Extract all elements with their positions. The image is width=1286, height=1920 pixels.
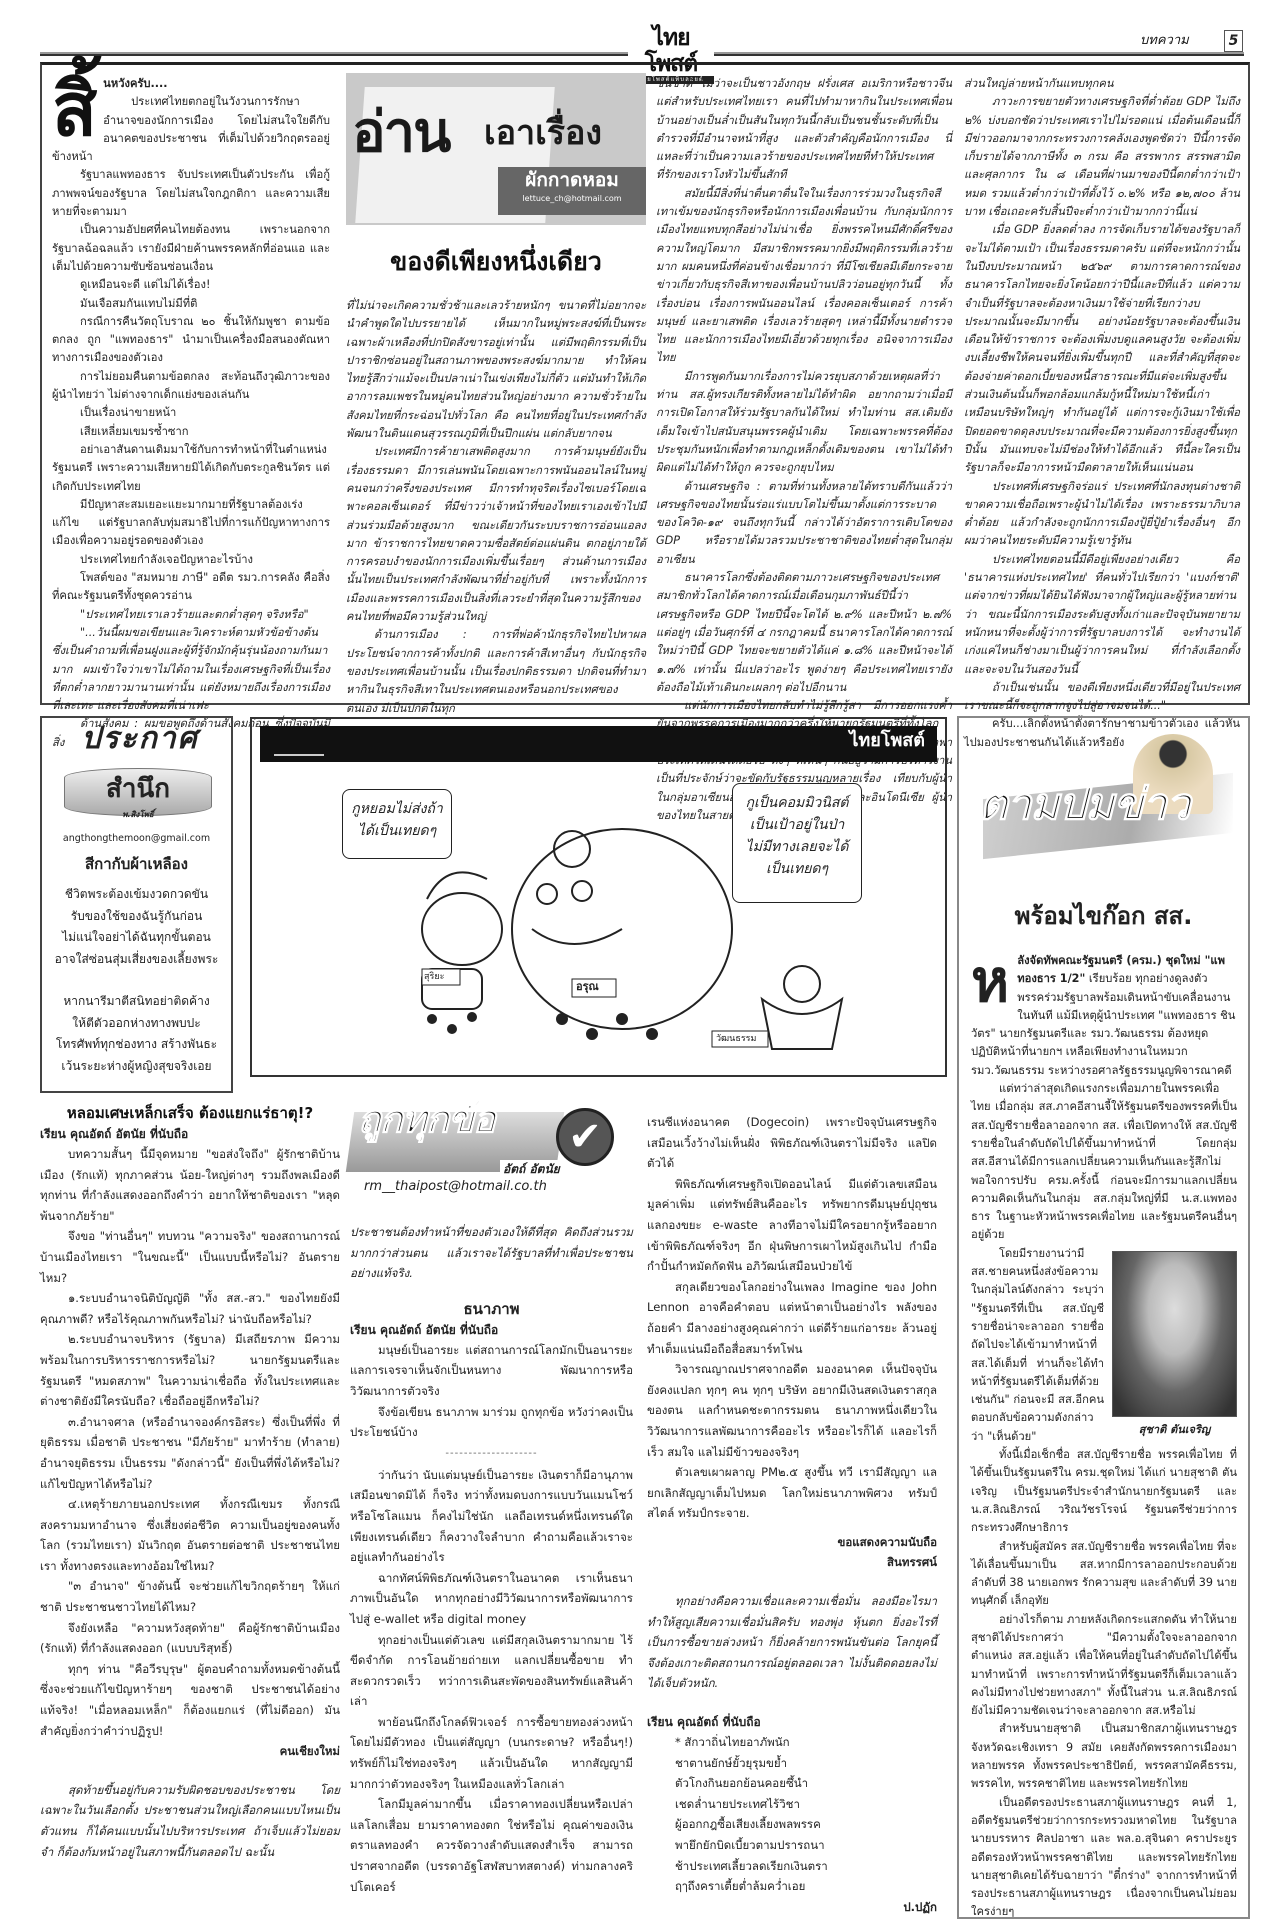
paragraph: เป็นอดีตรองประธานสภาผู้แทนราษฎร คนที่ 1,… — [971, 1794, 1237, 1920]
paragraph: ด้านเศรษฐกิจ : ตามที่ท่านทั้งหลายได้ทราบ… — [656, 478, 952, 569]
article-column-4: ส่วนใหญ่ล่ายหน้ากันแทบทุกคน ภาวะการขยายต… — [964, 75, 1240, 752]
editor-reply-continued: ประชาชนต้องทำหน้าที่ของตัวเองให้ดีที่สุด… — [350, 1222, 633, 1284]
paragraph: ๑.ระบบอำนาจนิติบัญญัติ "ทั้ง สส.-สว." ขอ… — [40, 1288, 340, 1329]
page-header: ไทยโพสต์ ไทยโพสต์แท็บลอยด์ บทความ 5 — [0, 0, 1286, 56]
article-column-2: อ่าน เอาเรื่อง ผักกาดหอม lettuce_ch@hotm… — [346, 73, 646, 718]
paragraph: ประเทศมีการค้ายาเสพติดสูงมาก การค้ามนุษย… — [346, 443, 646, 626]
logo-script: ประกาศ — [60, 730, 220, 748]
header-rule-right — [714, 52, 1244, 56]
paragraph: ๒.ระบบอำนาจบริหาร (รัฐบาล) มีเสถียรภาพ ม… — [40, 1329, 340, 1411]
banner-title-big: อ่าน — [352, 103, 449, 163]
cartoon-brand: ไทยโพสต์ — [849, 732, 925, 750]
paragraph: ดูเหมือนจะดี แต่ไม่ได้เรื่อง! — [52, 276, 330, 294]
poem-column-logo: ประกาศ สำนึก พ.สิงโพธิ์ — [50, 730, 226, 830]
poem-line: พายึกยักบิดเบี้ยวตามปรารถนา — [675, 1835, 937, 1856]
editorial-cartoon: ไทยโพสต์ กูห — [250, 717, 947, 1077]
label-culture: วัฒนธรรม — [716, 1032, 756, 1046]
paragraph: เป็นเรื่องน่าขายหน้า — [52, 404, 330, 422]
letter-signature: สินทรรศน์ — [647, 1552, 937, 1573]
paragraph: ประเทศไทยกำลังเจอปัญหาอะไรบ้าง — [52, 551, 330, 569]
poem-line: ให้ตีตัวออกห่างทางพบปะ — [42, 1013, 231, 1035]
column-banner: อ่าน เอาเรื่อง ผักกาดหอม lettuce_ch@hotm… — [346, 73, 646, 225]
paragraph: พิพิธภัณฑ์เศรษฐกิจเปิดออนไลน์ มีแต่ตัวเล… — [647, 1174, 937, 1277]
poem-line: ผู้ออกกฎซื้อเสียงเลี้ยงพลพรรค — [675, 1814, 937, 1835]
paragraph: ว่ากันว่า นับแต่มนุษย์เป็นอารยะ เงินตราก… — [350, 1465, 633, 1568]
author-name: ผักกาดหอม — [498, 167, 646, 193]
poem-box: ประกาศ สำนึก พ.สิงโพธิ์ angthongthemoon@… — [40, 716, 233, 1093]
speech-bubble-left: กูหยอมไม่ส่งถ้าได้เป็นเทยดๆ — [342, 789, 452, 859]
poem-line: ตัวโกงกินยอกย้อนคอยซึ้นำ — [675, 1773, 937, 1794]
politician-photo[interactable] — [1112, 1251, 1237, 1417]
paragraph: โลกมีมูลค่ามากขึ้น เมื่อราคาทองเปลี่ยนหร… — [350, 1794, 633, 1897]
paragraph: สำหรับนายสุชาติ เป็นสมาชิกสภาผู้แทนราษฎร… — [971, 1720, 1237, 1793]
paragraph: ที่ไม่น่าจะเกิดความชั่วช้าและเลวร้ายหนัก… — [346, 297, 646, 443]
paragraph: อย่าเอาสันดานเดิมมาใช้กับการทำหน้าที่ในต… — [52, 441, 330, 496]
letter-signature: ป.ปฏัก — [647, 1897, 937, 1918]
paragraph: อย่างไรก็ตาม ภายหลังเกิดกระแสกดดัน ทำให้… — [971, 1611, 1237, 1721]
paragraph: จึงยังเหลือ "ความหวังสุดท้าย" คือผู้รักช… — [40, 1618, 340, 1659]
paragraph: พาย้อนนึกถึงโกลด์ฟิวเจอร์ การซื้อขายทองล… — [350, 1712, 633, 1794]
letter-signoff: ขอแสดงความนับถือ — [647, 1532, 937, 1553]
news-headline: พร้อมไขก๊อก สส. — [959, 900, 1248, 932]
paragraph: สมัยนี้มีสิ่งที่น่าตื่นตาตื่นใจในเรื่องก… — [656, 185, 952, 368]
paragraph: ๔.เหตุร้ายภายนอกประเทศ ทั้งกรณีเขมร ทั้ง… — [40, 1494, 340, 1576]
author-email[interactable]: lettuce_ch@hotmail.com — [498, 193, 646, 205]
quote-paragraph: "ประเทศไทยเราเลวร้ายและตกต่ำสุดๆ จริงหรื… — [52, 606, 330, 624]
author-tag: ผักกาดหอม lettuce_ch@hotmail.com — [498, 167, 646, 215]
poem-line: อาจใส่ซ่อนสุ่มเสี่ยงของเลี้ยงพระ — [42, 949, 231, 971]
paragraph: ส่วนใหญ่ล่ายหน้ากันแทบทุกคน — [964, 75, 1240, 93]
news-column-logo: ตามปมข่าว — [973, 726, 1238, 876]
paragraph: แต่ทว่าล่าสุดเกิดแรงกระเพื่อมภายในพรรคเพ… — [971, 1080, 1237, 1245]
editor-reply: ทุกอย่างคือความเชื่อและความเชื่อมั่น ลอง… — [647, 1591, 937, 1694]
paragraph: มีการพูดกันมากเรื่องการไม่ควรยุบสภาด้วยเ… — [656, 368, 952, 478]
banner-title-rest: เอาเรื่อง — [484, 113, 602, 153]
paragraph: ตัวเลขเผาผลาญ PM๒.๕ สูงขึ้น ทวี เรามีสัญ… — [647, 1462, 937, 1524]
dropcap: สิ้ — [52, 77, 97, 143]
letter-headline: ธนาภาพ — [350, 1298, 633, 1320]
paragraph: เรนซีแห่งอนาคต (Dogecoin) เพราะปัจจุบันเ… — [647, 1112, 937, 1174]
letters-column-right: เรนซีแห่งอนาคต (Dogecoin) เพราะปัจจุบันเ… — [647, 1112, 937, 1917]
poem-line: รับของใช้ของฉันรู้กันก่อน — [42, 906, 231, 928]
page-number: 5 — [1224, 30, 1243, 52]
letter-salutation: เรียน คุณอัตถ์ อัตนัย ที่นับถือ — [40, 1124, 340, 1144]
paragraph: เรียบร้อย ทุกอย่างดูลงตัว พรรคร่วมรัฐบาล… — [971, 972, 1235, 1076]
paragraph: มนุษย์เป็นอารยะ แต่สถานการณ์โลกมักเป็นอน… — [350, 1340, 633, 1402]
paragraph: รัฐบาลแพทองธาร จับประเทศเป็นตัวประกัน เพ… — [52, 166, 330, 221]
cartoonist-mascot-icon — [274, 732, 324, 756]
label-arun: อรุณ — [576, 980, 599, 994]
divider: -------------------- — [350, 1443, 633, 1465]
poem-email[interactable]: angthongthemoon@gmail.com — [42, 830, 231, 848]
paragraph: การไม่ยอมคืนตามข้อตกลง สะท้อนถึงวุฒิภาวะ… — [52, 368, 330, 405]
poem-line: ชาตานยักษ์ยั้วยุรุมขย้ำ — [675, 1753, 937, 1774]
paragraph: กรณีการคืนวัตถุโบราณ ๒๐ ชิ้นให้กัมพูชา ต… — [52, 313, 330, 368]
poem-lines: ชีวิตพระต้องเข้มงวดกวดขัน รับของใช้ของฉั… — [42, 884, 231, 1077]
letter-headline: หลอมเศษเหล็กเสร็จ ต้องแยกแร่ธาตุ!? — [40, 1102, 340, 1124]
banner-author: อัตถ์ อัตนัย — [500, 1160, 563, 1178]
poem-line: โทรศัพท์ทุกช่องทาง สร้างพันธะ — [42, 1034, 231, 1056]
quote-paragraph: "...วันนี้ผมขอเขียนและวิเคราะห์ตามหัวข้อ… — [52, 624, 330, 715]
logo-title: ตามปมข่าว — [979, 796, 1190, 814]
paragraph: โพสต์ของ "สมหมาย ภาษี" อดีต รมว.การคลัง … — [52, 569, 330, 606]
banner-title: ถูกทุกข้อ — [358, 1110, 495, 1128]
paragraph: ทุกอย่างเป็นแต่ตัวเลข แต่มีสกุลเงินตรามา… — [350, 1630, 633, 1712]
checkmark-icon: ✔ — [556, 1108, 614, 1166]
poem-line: เชดล่ำนายประเทศไร้วิชา — [675, 1794, 937, 1815]
paragraph: ธนาคารโลกซึ่งต้องติดตามภาวะเศรษฐกิจของปร… — [656, 569, 952, 697]
letters-column-middle: ถูกทุกข้อ ✔ อัตถ์ อัตนัย rm__thaipost@ho… — [350, 1102, 633, 1897]
paragraph: ประเทศที่เศรษฐกิจร่อแร่ ประเทศที่นักลงทุ… — [964, 478, 1240, 551]
news-column-box: ตามปมข่าว พร้อมไขก๊อก สส. ห ลังจัดทัพคณะ… — [957, 716, 1250, 1919]
poem-line: หากนารีมาตีสนิทอย่าติดค้าง — [42, 991, 231, 1013]
news-body: ห ลังจัดทัพคณะรัฐมนตรี (ครม.) ชุดใหม่ "แ… — [971, 952, 1237, 1920]
poem-line: ชีวิตพระต้องเข้มงวดกวดขัน — [42, 884, 231, 906]
paragraph: สำหรับผู้สมัคร สส.บัญชีรายชื่อ พรรคเพื่อ… — [971, 1538, 1237, 1611]
letter-salutation: เรียน คุณอัตถ์ อัตนัย ที่นับถือ — [350, 1320, 633, 1340]
column-banner-tuktukko: ถูกทุกข้อ ✔ อัตถ์ อัตนัย rm__thaipost@ho… — [350, 1102, 620, 1198]
paragraph: ๓.อำนาจศาล (หรืออำนาจองค์กรอิสระ) ซึ่งเป… — [40, 1412, 340, 1494]
paragraph: ด้านการเมือง : การที่พ่อค้านักธุรกิจไทยไ… — [346, 626, 646, 717]
photo-caption: สุชาติ ตันเจริญ — [1112, 1421, 1237, 1439]
paragraph: ทั้งนี้เมื่อเช็กชื่อ สส.บัญชีรายชื่อ พรร… — [971, 1446, 1237, 1537]
poem-author: พ.สิงโพธิ์ — [50, 806, 226, 824]
article-column-3: ชนชาติ ไม่ว่าจะเป็นชาวอังกฤษ ฝรั่งเศส อเ… — [656, 75, 952, 825]
poem-line: เว้นระยะห่างผู้หญิงสุขจริงเอย — [42, 1056, 231, 1078]
speech-bubble-right: กูเป็นคอมมิวนิสต์ เป็นเป้าอยู่ในป่า ไม่ม… — [732, 783, 862, 903]
paragraph: วิจารณญาณปราศจากอดีต มองอนาคต เห็นปัจจุบ… — [647, 1359, 937, 1462]
paragraph: "๓ อำนาจ" ข้างต้นนี้ จะช่วยแก้ไขวิกฤตร้า… — [40, 1576, 340, 1617]
paragraph: เมื่อ GDP ยิ่งลดต่ำลง การจัดเก็บรายได้ขอ… — [964, 221, 1240, 477]
paragraph: ถ้าเป็นเช่นนั้น ของดีเพียงหนึ่งเดียวที่ม… — [964, 679, 1240, 716]
section-label: บทความ — [1140, 32, 1189, 50]
logo-title: สำนึก — [50, 774, 226, 804]
cartoon-drawing[interactable]: กูหยอมไม่ส่งถ้าได้เป็นเทยดๆ กูเป็นคอมมิว… — [292, 779, 912, 1069]
cartoon-header-bar: ไทยโพสต์ — [260, 726, 937, 762]
paragraph: จึงขอ "ท่านอื่นๆ" ทบทวน "ความจริง" ของสถ… — [40, 1226, 340, 1288]
paragraph: มีปัญหาสะสมเยอะแยะมากมายที่รัฐบาลต้องเร่… — [52, 496, 330, 551]
dropcap: ห — [971, 954, 1009, 1008]
article-column-1: สิ้ นหวังครับ.... ประเทศไทยตกอยู่ในวังวน… — [52, 75, 330, 752]
top-article: สิ้ นหวังครับ.... ประเทศไทยตกอยู่ในวังวน… — [40, 62, 1250, 705]
article-headline: ของดีเพียงหนึ่งเดียว — [346, 245, 646, 279]
paragraph: ภาวะการขยายตัวทางเศรษฐกิจที่ต่ำต้อย GDP … — [964, 93, 1240, 221]
letter-signature: คนเชียงใหม่ — [40, 1741, 340, 1762]
paragraph: ฉากทัศน์พิพิธภัณฑ์เงินตราในอนาคต เราเห็น… — [350, 1568, 633, 1630]
paragraph: ทุกๆ ท่าน "คือวีรบุรุษ" ผู้ตอบคำถามทั้งห… — [40, 1659, 340, 1741]
poem-lines: * สักวาถิ่นไทยอาภัพนัก ชาตานยักษ์ยั้วยุร… — [647, 1732, 937, 1897]
paragraph: ชนชาติ ไม่ว่าจะเป็นชาวอังกฤษ ฝรั่งเศส อเ… — [656, 75, 952, 185]
letter-1: หลอมเศษเหล็กเสร็จ ต้องแยกแร่ธาตุ!? เรียน… — [40, 1102, 340, 1862]
paragraph: มันเจือสมกันแทบไม่มีที่ติ — [52, 295, 330, 313]
banner-email[interactable]: rm__thaipost@hotmail.co.th — [364, 1178, 547, 1196]
paragraph: สกุลเดียวของโลกอย่างในเพลง Imagine ของ J… — [647, 1277, 937, 1359]
paragraph: เป็นความอัปยศที่คนไทยต้องทน เพราะนอกจากร… — [52, 221, 330, 276]
editor-reply: สุดท้ายขึ้นอยู่กับความรับผิดชอบของประชาช… — [40, 1780, 340, 1862]
paragraph: บทความสั้นๆ นี้มีจุดหมาย "ขอส่งใจถึง" ผู… — [40, 1144, 340, 1226]
header-rule-left — [40, 52, 628, 56]
paragraph: ประเทศไทยตอนนี้มีดีอยู่เพียงอย่างเดียว ค… — [964, 551, 1240, 679]
paragraph: เสียเหลี่ยมเขมรซ้ำซาก — [52, 423, 330, 441]
paragraph: จึงข้อเขียน ธนาภาพ มาร่วม ถูกทุกข้อ หวัง… — [350, 1402, 633, 1443]
poem-line: ไม่แน่ใจอย่าได้ฉันทุกขั้นตอน — [42, 927, 231, 949]
poem-line: ฤๅถึงคราเตี้ยต่ำล้มคว่ำเอย — [675, 1876, 937, 1897]
poem-line: ช้าประเทศเลี้ยวลดเรียกเงินตรา — [675, 1856, 937, 1877]
poem-title: สีกากับผ้าเหลือง — [42, 854, 231, 874]
letter-salutation: เรียน คุณอัตถ์ ที่นับถือ — [647, 1712, 937, 1732]
label-suriya: สุริยะ — [424, 970, 444, 984]
poem-line: * สักวาถิ่นไทยอาภัพนัก — [675, 1732, 937, 1753]
